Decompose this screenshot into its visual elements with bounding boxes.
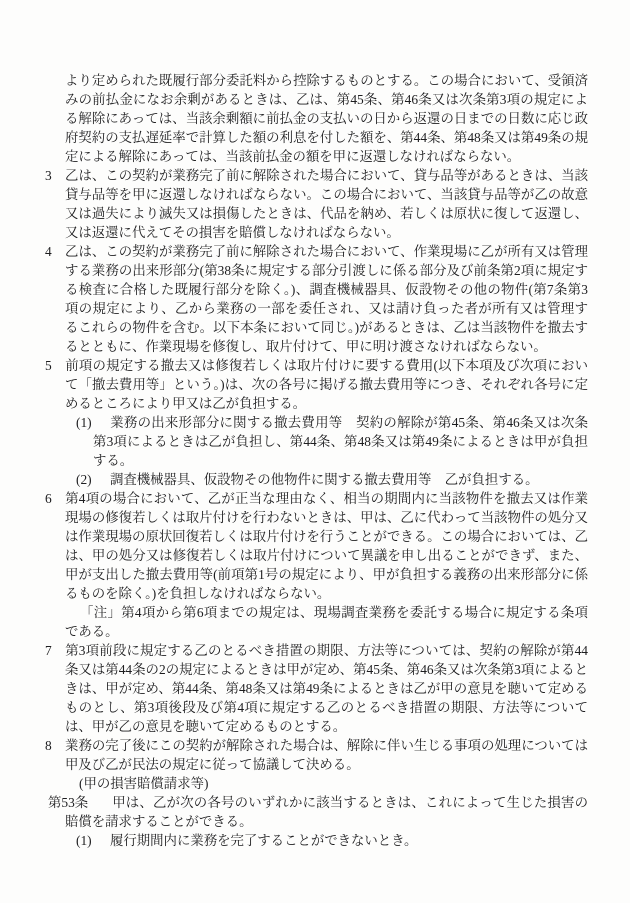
clause-item-8: 8業務の完了後にこの契約が解除された場合は、解除に伴い生じる事項の処理については… bbox=[65, 736, 588, 774]
paragraph-text: 甲は、乙が次の各号のいずれかに該当するときは、これによって生じた損害の賠償を請求… bbox=[65, 795, 588, 829]
item-number: 8 bbox=[45, 736, 65, 755]
subitem-number: (2) bbox=[76, 470, 110, 489]
article-heading: (甲の損害賠償請求等) bbox=[79, 774, 588, 793]
item-number: 7 bbox=[45, 641, 65, 660]
paragraph-text: 第4項の場合において、乙が正当な理由なく、相当の期間内に当該物件を撤去又は作業現… bbox=[65, 491, 588, 601]
paragraph-text: 前項の規定する撤去又は修復若しくは取片付けに要する費用(以下本項及び次項において… bbox=[65, 358, 588, 411]
paragraph-text: 乙は、この契約が業務完了前に解除された場合において、作業現場に乙が所有又は管理す… bbox=[65, 244, 588, 354]
paragraph-text: 第3項前段に規定する乙のとるべき措置の期限、方法等については、契約の解除が第44… bbox=[65, 643, 588, 734]
clause-item-3: 3乙は、この契約が業務完了前に解除された場合において、貸与品等があるときは、当該… bbox=[65, 166, 588, 242]
paragraph-text: より定められた既履行部分委託料から控除するものとする。この場合において、受領済み… bbox=[65, 73, 588, 164]
paragraph-text: 業務の完了後にこの契約が解除された場合は、解除に伴い生じる事項の処理については甲… bbox=[65, 738, 588, 772]
article-53: 第53条甲は、乙が次の各号のいずれかに該当するときは、これによって生じた損害の賠… bbox=[65, 793, 588, 831]
heading-text: (甲の損害賠償請求等) bbox=[79, 776, 208, 791]
subitem-1-of-article-53: (1)履行期間内に業務を完了することができないとき。 bbox=[93, 831, 588, 850]
paragraph-text: 乙は、この契約が業務完了前に解除された場合において、貸与品等があるときは、当該貸… bbox=[65, 168, 588, 240]
clause-item-4: 4乙は、この契約が業務完了前に解除された場合において、作業現場に乙が所有又は管理… bbox=[65, 242, 588, 356]
subitem-number: (1) bbox=[76, 413, 110, 432]
item-number: 3 bbox=[45, 166, 65, 185]
document-page: より定められた既履行部分委託料から控除するものとする。この場合において、受領済み… bbox=[0, 0, 630, 903]
subitem-2-of-clause-5: (2)調査機械器具、仮設物その他物件に関する撤去費用等 乙が負担する。 bbox=[93, 470, 588, 489]
subitem-1-of-clause-5: (1)業務の出来形部分に関する撤去費用等 契約の解除が第45条、第46条又は次条… bbox=[93, 413, 588, 470]
item-number: 6 bbox=[45, 489, 65, 508]
clause-item-6: 6第4項の場合において、乙が正当な理由なく、相当の期間内に当該物件を撤去又は作業… bbox=[65, 489, 588, 603]
paragraph-text: 「注」第4項から第6項までの規定は、現場調査業務を委託する場合に規定する条項であ… bbox=[65, 605, 588, 639]
item-number: 5 bbox=[45, 356, 65, 375]
clause-item-7: 7第3項前段に規定する乙のとるべき措置の期限、方法等については、契約の解除が第4… bbox=[65, 641, 588, 736]
clause-continuation-paragraph: より定められた既履行部分委託料から控除するものとする。この場合において、受領済み… bbox=[65, 71, 588, 166]
clause-item-5: 5前項の規定する撤去又は修復若しくは取片付けに要する費用(以下本項及び次項におい… bbox=[65, 356, 588, 413]
item-number: 4 bbox=[45, 242, 65, 261]
article-number: 第53条 bbox=[48, 793, 112, 812]
paragraph-text: 業務の出来形部分に関する撤去費用等 契約の解除が第45条、第46条又は次条第3項… bbox=[93, 415, 588, 468]
paragraph-text: 履行期間内に業務を完了することができないとき。 bbox=[110, 833, 417, 848]
paragraph-text: 調査機械器具、仮設物その他物件に関する撤去費用等 乙が負担する。 bbox=[110, 472, 539, 487]
subitem-number: (1) bbox=[76, 831, 110, 850]
note-paragraph: 「注」第4項から第6項までの規定は、現場調査業務を委託する場合に規定する条項であ… bbox=[65, 603, 588, 641]
